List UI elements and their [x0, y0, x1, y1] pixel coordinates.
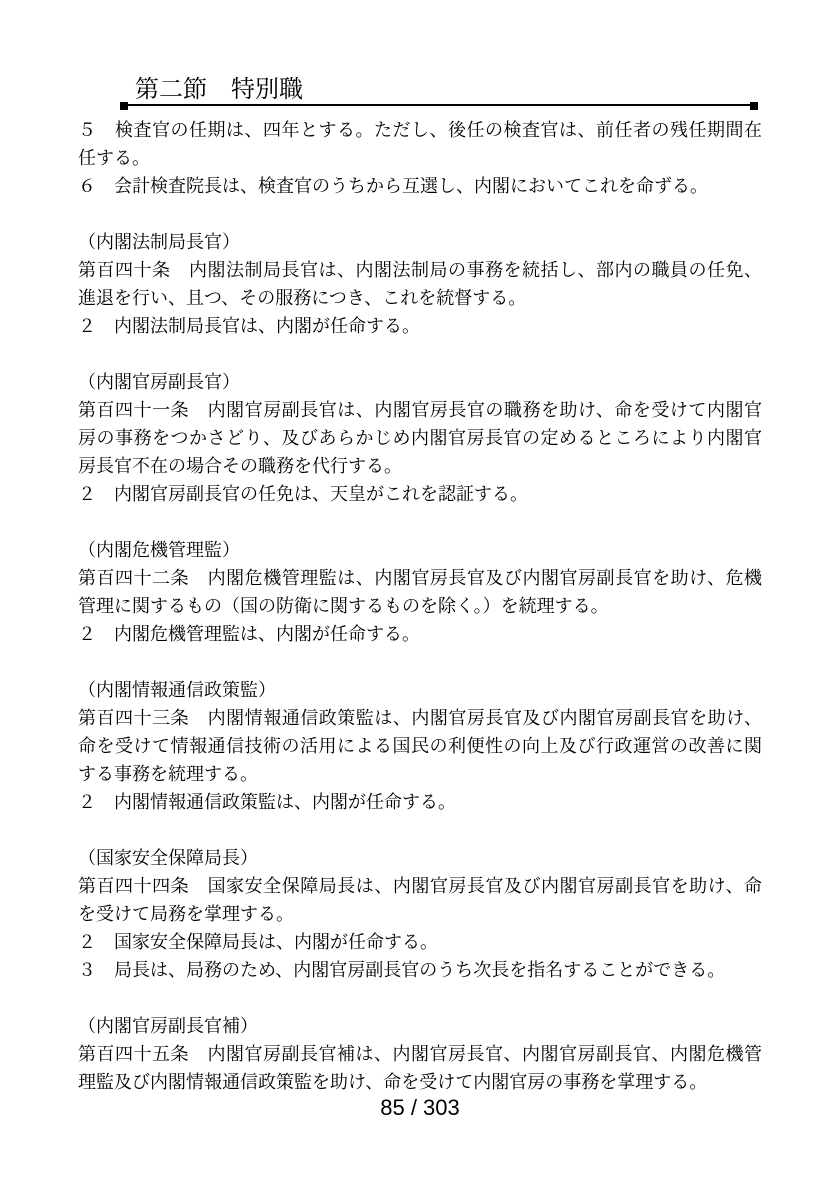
text-line: 第百四十条 内閣法制局長官は、内閣法制局の事務を統括し、部内の職員の任免、: [78, 256, 762, 284]
article-paragraph: ２ 内閣法制局長官は、内閣が任命する。: [78, 312, 762, 340]
section-heading-block: 第二節 特別職: [122, 76, 756, 106]
section-title: 第二節 特別職: [122, 76, 756, 104]
text-line: ２ 内閣法制局長官は、内閣が任命する。: [78, 312, 762, 340]
text-line: ２ 内閣情報通信政策監は、内閣が任命する。: [78, 788, 762, 816]
article-paragraph: ２ 内閣危機管理監は、内閣が任命する。: [78, 620, 762, 648]
text-line: 進退を行い、且つ、その服務につき、これを統督する。: [78, 284, 762, 312]
heading-rule-right-square-icon: [750, 102, 758, 110]
article-paragraph: ５ 検査官の任期は、四年とする。ただし、後任の検査官は、前任者の残任期間在任する…: [78, 116, 762, 172]
article-paragraph: ３ 局長は、局務のため、内閣官房副長官のうち次長を指名することができる。: [78, 956, 762, 984]
text-line: 房の事務をつかさどり、及びあらかじめ内閣官房長官の定めるところにより内閣官: [78, 424, 762, 452]
text-line: （内閣官房副長官）: [78, 368, 762, 396]
article-paragraph: 第百四十三条 内閣情報通信政策監は、内閣官房長官及び内閣官房副長官を助け、命を受…: [78, 704, 762, 788]
text-line: 任する。: [78, 144, 762, 172]
text-line: する事務を統理する。: [78, 760, 762, 788]
text-line: ３ 局長は、局務のため、内閣官房副長官のうち次長を指名することができる。: [78, 956, 762, 984]
article-paragraph: 第百四十一条 内閣官房副長官は、内閣官房長官の職務を助け、命を受けて内閣官房の事…: [78, 396, 762, 480]
article-paragraph: 第百四十二条 内閣危機管理監は、内閣官房長官及び内閣官房副長官を助け、危機管理に…: [78, 564, 762, 620]
text-line: （国家安全保障局長）: [78, 844, 762, 872]
text-line: 第百四十二条 内閣危機管理監は、内閣官房長官及び内閣官房副長官を助け、危機: [78, 564, 762, 592]
article-paragraph: ６ 会計検査院長は、検査官のうちから互選し、内閣においてこれを命ずる。: [78, 172, 762, 200]
article-heading: （内閣官房副長官）: [78, 368, 762, 396]
article-paragraph: ２ 内閣官房副長官の任免は、天皇がこれを認証する。: [78, 480, 762, 508]
article-heading: （内閣情報通信政策監）: [78, 676, 762, 704]
text-line: ２ 内閣官房副長官の任免は、天皇がこれを認証する。: [78, 480, 762, 508]
text-line: ２ 国家安全保障局長は、内閣が任命する。: [78, 928, 762, 956]
text-line: 第百四十一条 内閣官房副長官は、内閣官房長官の職務を助け、命を受けて内閣官: [78, 396, 762, 424]
article-heading: （内閣危機管理監）: [78, 536, 762, 564]
article-heading: （内閣法制局長官）: [78, 228, 762, 256]
text-line: （内閣法制局長官）: [78, 228, 762, 256]
article-paragraph: ２ 国家安全保障局長は、内閣が任命する。: [78, 928, 762, 956]
text-line: ６ 会計検査院長は、検査官のうちから互選し、内閣においてこれを命ずる。: [78, 172, 762, 200]
page-number: 85 / 303: [0, 1094, 840, 1122]
text-line: 第百四十四条 国家安全保障局長は、内閣官房長官及び内閣官房副長官を助け、命: [78, 872, 762, 900]
article-paragraph: 第百四十五条 内閣官房副長官補は、内閣官房長官、内閣官房副長官、内閣危機管理監及…: [78, 1040, 762, 1096]
text-line: 第百四十五条 内閣官房副長官補は、内閣官房長官、内閣官房副長官、内閣危機管: [78, 1040, 762, 1068]
article-paragraph: ２ 内閣情報通信政策監は、内閣が任命する。: [78, 788, 762, 816]
heading-rule-left-square-icon: [120, 102, 128, 110]
text-line: （内閣危機管理監）: [78, 536, 762, 564]
text-line: ２ 内閣危機管理監は、内閣が任命する。: [78, 620, 762, 648]
text-line: を受けて局務を掌理する。: [78, 900, 762, 928]
article-paragraph: 第百四十条 内閣法制局長官は、内閣法制局の事務を統括し、部内の職員の任免、進退を…: [78, 256, 762, 312]
text-line: 第百四十三条 内閣情報通信政策監は、内閣官房長官及び内閣官房副長官を助け、: [78, 704, 762, 732]
document-body: ５ 検査官の任期は、四年とする。ただし、後任の検査官は、前任者の残任期間在任する…: [78, 116, 762, 1096]
text-line: 命を受けて情報通信技術の活用による国民の利便性の向上及び行政運営の改善に関: [78, 732, 762, 760]
document-page: 第二節 特別職 ５ 検査官の任期は、四年とする。ただし、後任の検査官は、前任者の…: [0, 0, 840, 1190]
text-line: （内閣情報通信政策監）: [78, 676, 762, 704]
article-heading: （国家安全保障局長）: [78, 844, 762, 872]
text-line: 房長官不在の場合その職務を代行する。: [78, 452, 762, 480]
article-heading: （内閣官房副長官補）: [78, 1012, 762, 1040]
article-paragraph: 第百四十四条 国家安全保障局長は、内閣官房長官及び内閣官房副長官を助け、命を受け…: [78, 872, 762, 928]
text-line: 理監及び内閣情報通信政策監を助け、命を受けて内閣官房の事務を掌理する。: [78, 1068, 762, 1096]
text-line: 管理に関するもの（国の防衛に関するものを除く。）を統理する。: [78, 592, 762, 620]
text-line: ５ 検査官の任期は、四年とする。ただし、後任の検査官は、前任者の残任期間在: [78, 116, 762, 144]
text-line: （内閣官房副長官補）: [78, 1012, 762, 1040]
